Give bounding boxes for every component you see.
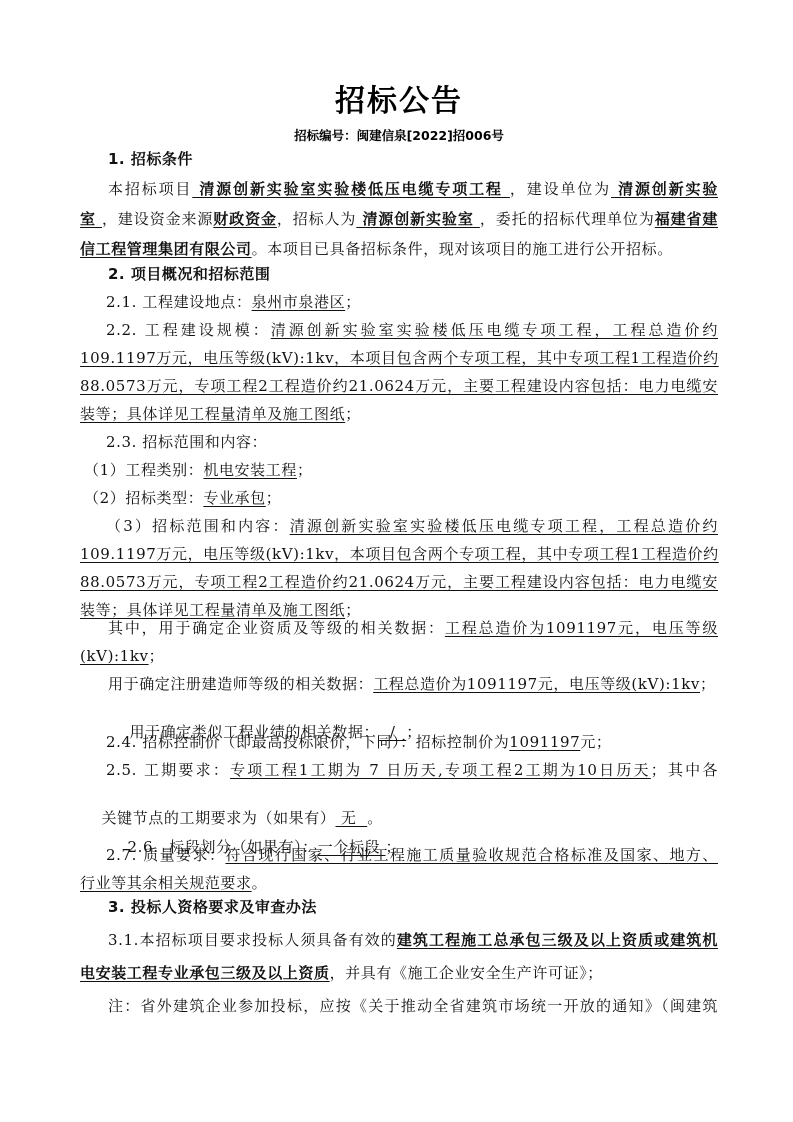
section-3-heading: 3. 投标人资格要求及审查办法: [80, 897, 718, 917]
section-1-paragraph-line-3: 信工程管理集团有限公司。本项目已具备招标条件，现对该项目的施工进行公开招标。: [80, 239, 718, 259]
construction-unit: 清源创新实验: [611, 180, 718, 198]
item-2-3-sub-1: （1）工程类别：机电安装工程；: [80, 460, 722, 480]
item-2-7-line-1: 2.7. 质量要求：符合现行国家、行业工程施工质量验收规范合格标准及国家、地方、: [80, 845, 718, 865]
tender-type: 专业承包: [203, 489, 265, 507]
construction-location: 泉州市泉港区: [252, 293, 346, 311]
item-2-7-line-2: 行业等其余相关规范要求。: [80, 873, 718, 893]
project-category: 机电安装工程: [203, 461, 297, 479]
item-2-3-sub-3-line-2: 109.1197万元，电压等级(kV):1kv，本项目包含两个专项工程，其中专项…: [80, 544, 718, 564]
item-2-3-sub-3-line-4: 装等；具体详见工程量清单及施工图纸；: [80, 600, 718, 620]
qualification-data-line-1: 其中，用于确定企业资质及等级的相关数据：工程总造价为1091197元，电压等级: [80, 618, 718, 638]
qualification-data-line-2: (kV):1kv；: [80, 646, 718, 666]
item-2-1: 2.1. 工程建设地点：泉州市泉港区；: [80, 292, 718, 312]
item-2-2-line-4: 装等；具体详见工程量清单及施工图纸；: [80, 404, 718, 424]
control-price: 1091197: [509, 733, 580, 751]
note-line: 注：省外建筑企业参加投标，应按《关于推动全省建筑市场统一开放的通知》（闽建筑: [80, 996, 718, 1016]
document-title: 招标公告: [80, 76, 718, 120]
section-1-heading: 1. 招标条件: [80, 149, 718, 169]
tenderer: 清源创新实验室: [356, 210, 480, 228]
required-qualification: 建筑工程施工总承包三级及以上资质或建筑机: [397, 931, 718, 949]
item-2-3-sub-3-line-3: 88.0573万元，专项工程2工程造价约21.0624万元，主要工程建设内容包括…: [80, 572, 718, 592]
funding-source: 财政资金: [213, 210, 277, 228]
tender-agent: 福建省建: [655, 210, 718, 228]
item-2-2-line-3: 88.0573万元，专项工程2工程造价约21.0624万元，主要工程建设内容包括…: [80, 376, 718, 396]
section-1-paragraph-line-1: 本招标项目 清源创新实验室实验楼低压电缆专项工程 ，建设单位为 清源创新实验: [80, 179, 718, 199]
item-2-3-heading: 2.3. 招标范围和内容：: [80, 432, 718, 452]
item-2-4: 2.4. 招标控制价（即最高投标限价，下同）：招标控制价为1091197元；: [80, 732, 718, 752]
item-2-3-sub-3-line-1: （3）招标范围和内容：清源创新实验室实验楼低压电缆专项工程，工程总造价约: [80, 516, 718, 536]
item-2-2-line-2: 109.1197万元，电压等级(kV):1kv，本项目包含两个专项工程，其中专项…: [80, 348, 718, 368]
section-1-paragraph-line-2: 室 ，建设资金来源财政资金，招标人为 清源创新实验室 ，委托的招标代理单位为福建…: [80, 209, 718, 229]
construction-period: 专项工程1工期为 7 日历天,专项工程2工期为10日历天: [230, 761, 651, 779]
project-name: 清源创新实验室实验楼低压电缆专项工程: [192, 180, 510, 198]
quality-requirement: 符合现行国家、行业工程施工质量验收规范合格标准及国家、地方、: [225, 846, 718, 864]
tender-number: 招标编号：闽建信泉[2022]招006号: [80, 126, 718, 144]
section-2-heading: 2. 项目概况和招标范围: [80, 264, 718, 284]
item-2-2-line-1: 2.2. 工程建设规模：清源创新实验室实验楼低压电缆专项工程，工程总造价约: [80, 320, 718, 340]
item-3-1-line-1: 3.1.本招标项目要求投标人须具备有效的建筑工程施工总承包三级及以上资质或建筑机: [80, 930, 718, 950]
item-3-1-line-2: 电安装工程专业承包三级及以上资质，并具有《施工企业安全生产许可证》；: [80, 963, 718, 983]
constructor-grade-data: 用于确定注册建造师等级的相关数据：工程总造价为1091197元，电压等级(kV)…: [80, 674, 718, 694]
item-2-3-sub-2: （2）招标类型：专业承包；: [80, 488, 722, 508]
item-2-5-line-1: 2.5. 工期要求：专项工程1工期为 7 日历天,专项工程2工期为10日历天；其…: [80, 760, 718, 780]
